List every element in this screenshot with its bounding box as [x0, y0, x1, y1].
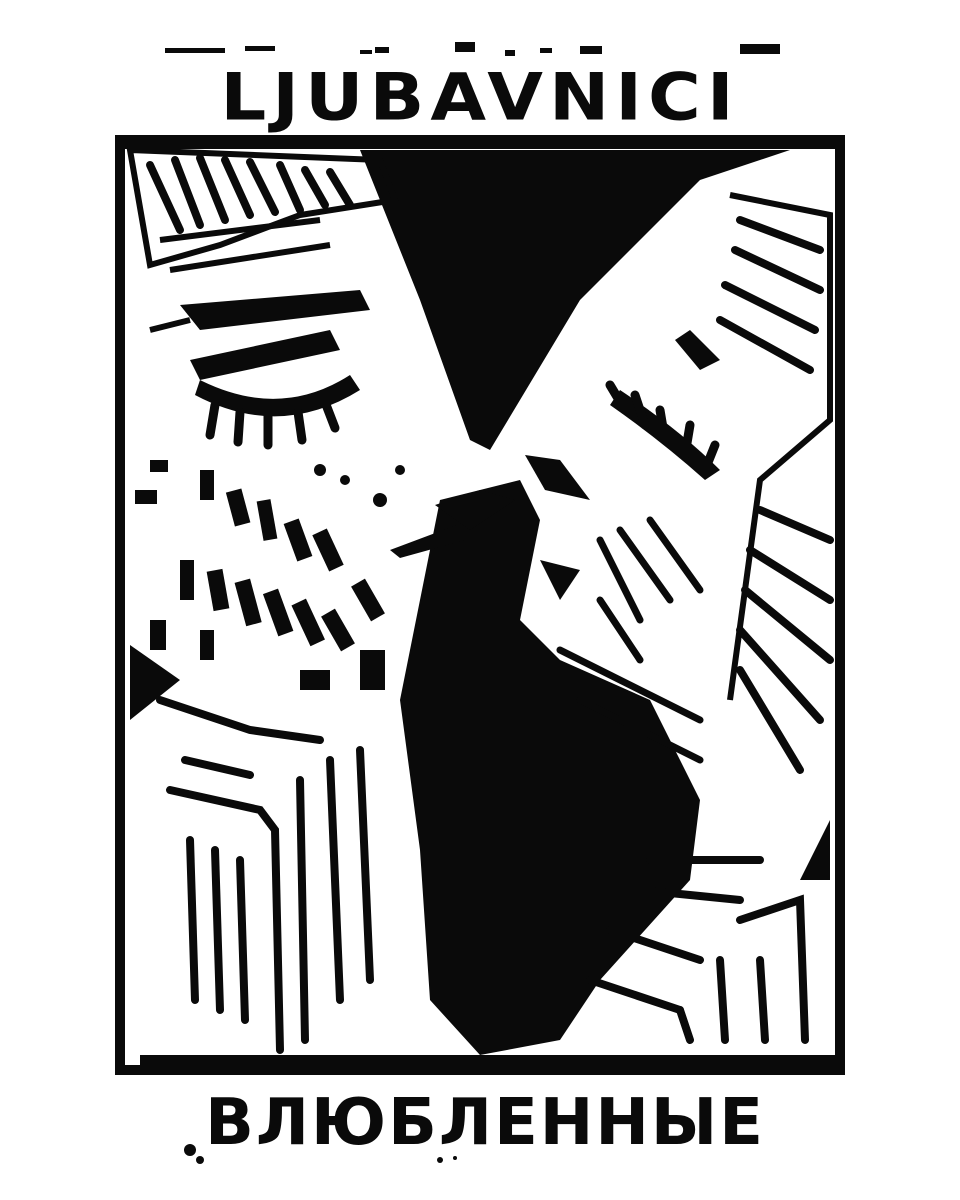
title-latin: LJUBAVNICI	[150, 66, 810, 129]
title-cyrillic: ВЛЮБЛЕННЫЕ	[190, 1088, 780, 1158]
linocut-artwork	[0, 0, 960, 1200]
